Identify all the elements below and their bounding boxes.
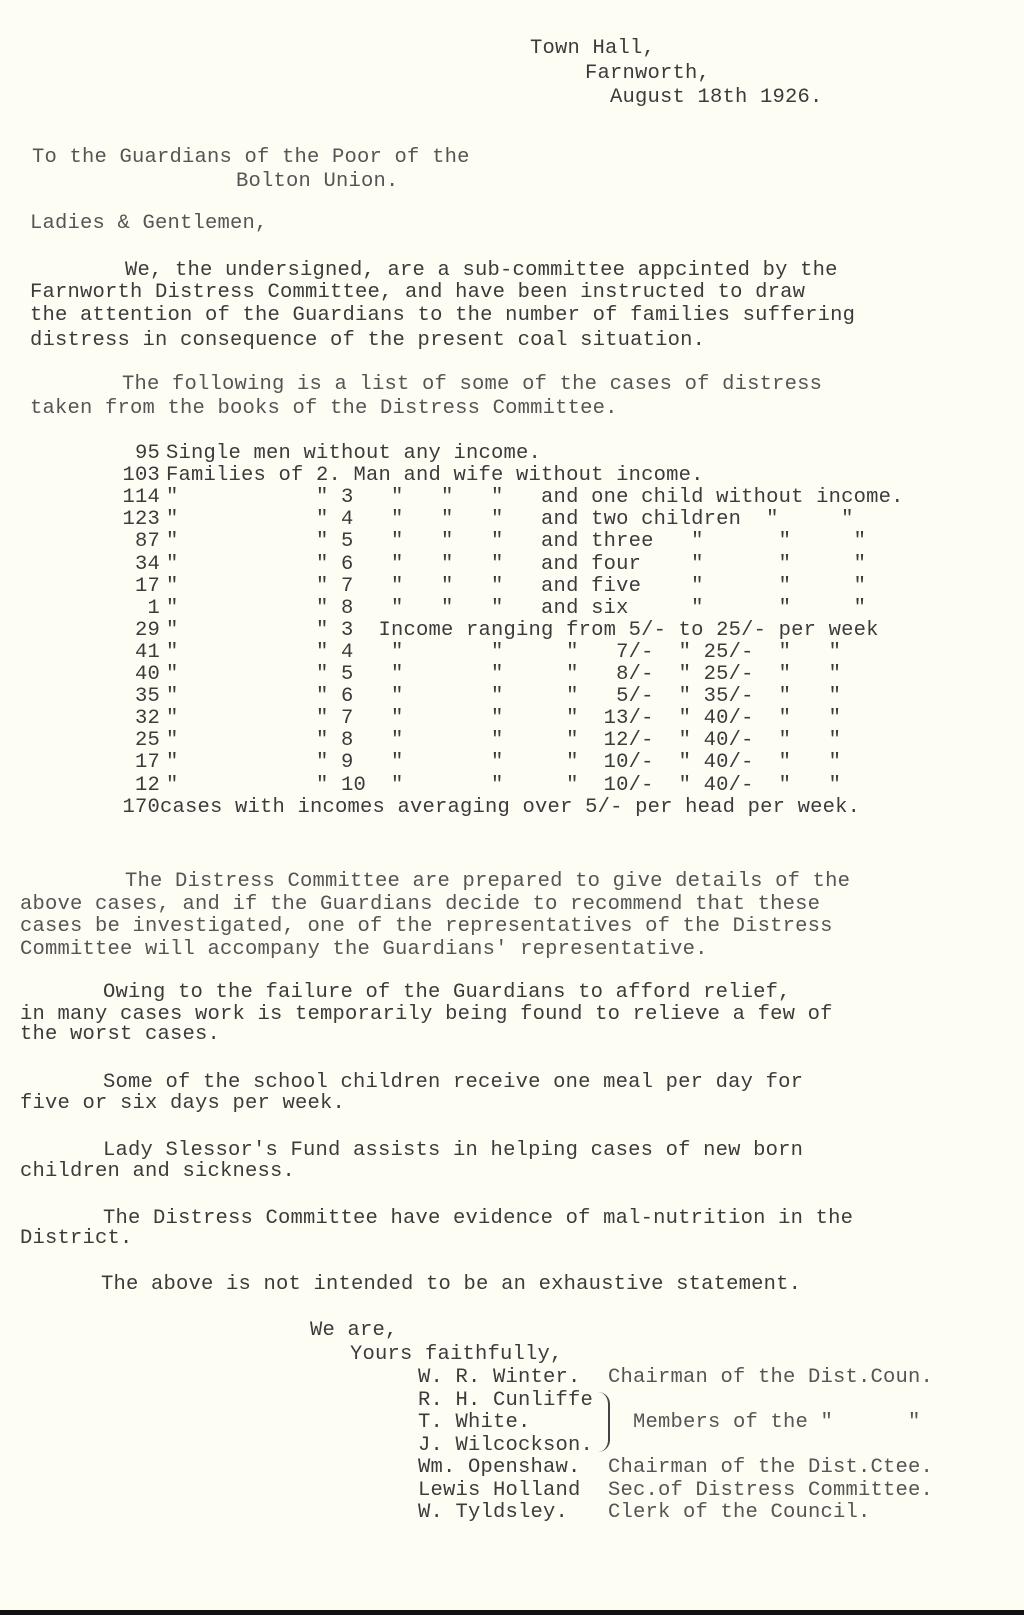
case-count: 103 [108,465,160,487]
case-count: 12 [108,775,160,797]
case-description: " " 8 " " " 12/- " 40/- " " [166,730,841,752]
case-count: 34 [108,554,160,576]
case-count: 17 [108,752,160,774]
signatory-role: Sec.of Distress Committee. [608,1480,933,1502]
members-brace [598,1392,610,1452]
case-description: " " 4 " " " and two children " " [166,509,854,531]
signatory-role: Chairman of the Dist.Ctee. [608,1457,933,1479]
recipient-line-1: To the Guardians of the Poor of the [32,147,470,169]
signatory-role: Chairman of the Dist.Coun. [608,1367,933,1389]
para4-line-2: children and sickness. [20,1161,295,1183]
signatory-name: R. H. Cunliffe [418,1390,593,1412]
case-description: " " 5 " " " and three " " " [166,531,866,553]
closing-line-2: Yours faithfully, [350,1344,563,1366]
case-description: cases with incomes averaging over 5/- pe… [160,797,860,819]
intro-line-4: distress in consequence of the present c… [30,330,705,352]
case-count: 17 [108,576,160,598]
list-intro-line-2: taken from the books of the Distress Com… [30,398,618,420]
case-count: 32 [108,708,160,730]
case-description: " " 6 " " " and four " " " [166,554,866,576]
signatory-name: Wm. Openshaw. [418,1457,581,1479]
case-description: Families of 2. Man and wife without inco… [166,465,704,487]
case-count: 1 [108,598,160,620]
case-count: 123 [108,509,160,531]
case-description: Single men without any income. [166,443,541,465]
case-description: " " 7 " " " and five " " " [166,576,866,598]
case-description: " " 4 " " " 7/- " 25/- " " [166,642,841,664]
address-line-1: Town Hall, [530,38,655,60]
para2-line-3: the worst cases. [20,1024,220,1046]
case-count: 29 [108,620,160,642]
case-count: 35 [108,686,160,708]
case-description: " " 7 " " " 13/- " 40/- " " [166,708,841,730]
case-count: 41 [108,642,160,664]
case-description: " " 5 " " " 8/- " 25/- " " [166,664,841,686]
signatory-name: W. Tyldsley. [418,1502,568,1524]
para4-line-1: Lady Slessor's Fund assists in helping c… [103,1140,803,1162]
case-description: " " 9 " " " 10/- " 40/- " " [166,752,841,774]
signatory-role: Members of the " " [633,1412,921,1434]
address-line-2: Farnworth, [585,63,710,85]
scan-bottom-border [0,1610,1024,1615]
para6-line-1: The above is not intended to be an exhau… [101,1274,801,1296]
case-description: " " 3 Income ranging from 5/- to 25/- pe… [166,620,879,642]
signatory-name: Lewis Holland [418,1480,581,1502]
para1-line-3: cases be investigated, one of the repres… [20,916,833,938]
case-count: 40 [108,664,160,686]
para5-line-2: District. [20,1228,133,1250]
case-description: " " 8 " " " and six " " " [166,598,866,620]
signatory-name: T. White. [418,1412,531,1434]
intro-line-3: the attention of the Guardians to the nu… [30,305,855,327]
letter-date: August 18th 1926. [610,87,823,109]
para5-line-1: The Distress Committee have evidence of … [103,1208,853,1230]
para1-line-4: Committee will accompany the Guardians' … [20,939,708,961]
para1-line-2: above cases, and if the Guardians decide… [20,894,820,916]
closing-line-1: We are, [310,1320,398,1342]
case-description: " " 3 " " " and one child without income… [166,487,904,509]
signatory-name: W. R. Winter. [418,1367,581,1389]
case-count: 170 [108,797,160,819]
letter-page: Town Hall, Farnworth, August 18th 1926. … [0,0,1024,1615]
case-count: 114 [108,487,160,509]
para3-line-1: Some of the school children receive one … [103,1072,803,1094]
recipient-line-2: Bolton Union. [236,171,399,193]
para1-line-1: The Distress Committee are prepared to g… [125,871,850,893]
signatory-name: J. Wilcockson. [418,1435,593,1457]
intro-line-2: Farnworth Distress Committee, and have b… [30,282,805,304]
signatory-role: Clerk of the Council. [608,1502,871,1524]
case-count: 95 [108,443,160,465]
case-description: " " 6 " " " 5/- " 35/- " " [166,686,841,708]
salutation: Ladies & Gentlemen, [30,213,268,235]
para2-line-1: Owing to the failure of the Guardians to… [103,982,791,1004]
list-intro-line-1: The following is a list of some of the c… [122,374,822,396]
case-count: 25 [108,730,160,752]
case-count: 87 [108,531,160,553]
para3-line-2: five or six days per week. [20,1093,345,1115]
case-description: " " 10 " " " 10/- " 40/- " " [166,775,841,797]
intro-line-1: We, the undersigned, are a sub-committee… [125,260,838,282]
